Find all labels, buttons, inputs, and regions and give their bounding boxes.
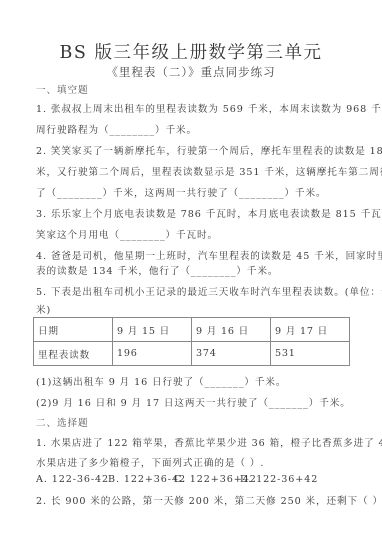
page-title: BS 版三年级上册数学第三单元	[0, 39, 382, 64]
table-row: 日期 9 月 15 日 9 月 16 日 9 月 17 日	[34, 318, 350, 342]
question-4-line-1: 4. 爸爸是司机，他星期一上班时，汽车里程表的读数是 45 千米，回家时里程	[36, 248, 382, 262]
question-3-line-2: 笑家这个月用电（________）千瓦时。	[36, 227, 218, 241]
mileage-table: 日期 9 月 15 日 9 月 16 日 9 月 17 日 里程表读数 196 …	[33, 317, 350, 366]
question-5-sub-2: (2)9 月 16 日和 9 月 17 日这两天一共行驶了（_______）千米…	[36, 395, 351, 409]
question-5-line-1: 5. 下表是出租车司机小王记录的最近三天收车时汽车里程表读数。(单位：千	[36, 284, 382, 298]
table-cell: 374	[192, 342, 271, 366]
table-row: 里程表读数 196 374 531	[34, 342, 350, 366]
page-subtitle: 《里程表（二）》重点同步练习	[0, 64, 382, 80]
question-5-sub-1: (1)这辆出租车 9 月 16 日行驶了（_______）千米。	[36, 374, 286, 388]
choice-question-2-line-1: 2. 长 900 米的公路，第一天修 200 米，第二天修 250 米，还剩下（…	[36, 493, 382, 507]
choice-option-d: D. 122-36+42	[240, 474, 318, 485]
question-2-line-3: 了（________）千米，这两周一共行驶了（________）千米。	[36, 185, 327, 199]
worksheet-page: BS 版三年级上册数学第三单元 《里程表（二）》重点同步练习 一、填空题 1. …	[0, 0, 382, 540]
section-heading-fill-blank: 一、填空题	[36, 82, 88, 96]
table-cell: 里程表读数	[34, 342, 113, 366]
table-cell: 9 月 17 日	[271, 318, 350, 342]
table-cell: 531	[271, 342, 350, 366]
question-5-line-2: 米)	[36, 302, 51, 316]
question-4-line-2: 表的读数是 134 千米，他行了（________）千米。	[36, 263, 278, 277]
choice-question-1-line-2: 水果店进了多少箱橙子，下面列式正确的是（ ）.	[36, 455, 264, 469]
table-cell: 196	[113, 342, 192, 366]
section-heading-multiple-choice: 二、选择题	[36, 415, 88, 429]
question-2-line-2: 米，又行驶第二个周后，里程表读数显示是 351 千米，这辆摩托车第二周行驶	[36, 164, 382, 178]
question-1-line-2: 周行驶路程为（________）千米。	[36, 122, 197, 136]
choice-question-1-line-1: 1. 水果店进了 122 箱苹果，香蕉比苹果少进 36 箱，橙子比香蕉多进了 4…	[36, 435, 382, 449]
table-cell: 9 月 15 日	[113, 318, 192, 342]
question-3-line-1: 3. 乐乐家上个月底电表读数是 786 千瓦时，本月底电表读数是 815 千瓦时…	[36, 206, 382, 220]
question-1-line-1: 1. 张叔叔上周末出租车的里程表读数为 569 千米，本周末读数为 968 千米…	[36, 101, 382, 115]
table-cell: 日期	[34, 318, 113, 342]
table-cell: 9 月 16 日	[192, 318, 271, 342]
question-2-line-1: 2. 笑笑家买了一辆新摩托车，行驶第一个周后，摩托车里程表的读数是 182 千	[36, 143, 382, 157]
choice-option-a: A. 122-36-42	[36, 474, 109, 485]
